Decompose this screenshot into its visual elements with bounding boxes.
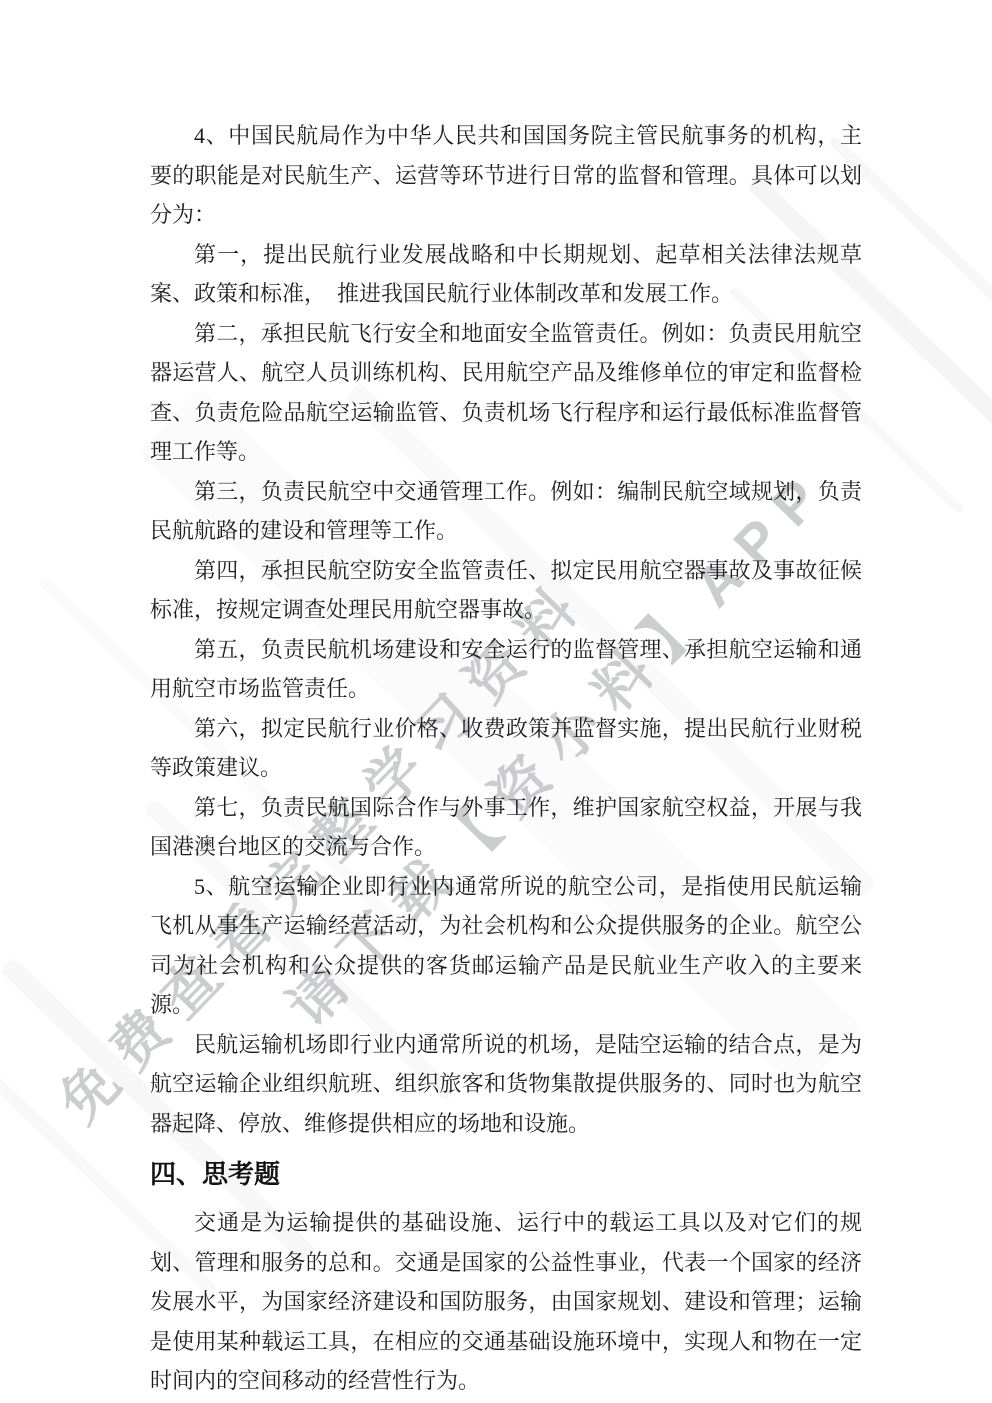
section-heading: 四、思考题 <box>150 1153 862 1195</box>
paragraph: 第四，承担民航空防安全监管责任、拟定民用航空器事故及事故征候标准，按规定调查处理… <box>150 551 862 630</box>
paragraph: 第三，负责民航空中交通管理工作。例如：编制民航空域规划，负责民航航路的建设和管理… <box>150 472 862 551</box>
document-page: 免费查看完整学习资料 请下载【资小料】APP 4、中国民航局作为中华人民共和国国… <box>0 0 992 1403</box>
paragraph: 第六，拟定民航行业价格、收费政策并监督实施，提出民航行业财税等政策建议。 <box>150 709 862 788</box>
paragraph: 4、中国民航局作为中华人民共和国国务院主管民航事务的机构，主要的职能是对民航生产… <box>150 116 862 235</box>
paragraph: 交通是为运输提供的基础设施、运行中的载运工具以及对它们的规划、管理和服务的总和。… <box>150 1203 862 1401</box>
paragraph: 第七，负责民航国际合作与外事工作，维护国家航空权益，开展与我国港澳台地区的交流与… <box>150 788 862 867</box>
paragraph: 第一，提出民航行业发展战略和中长期规划、起草相关法律法规草案、政策和标准， 推进… <box>150 235 862 314</box>
paragraph: 第五，负责民航机场建设和安全运行的监督管理、承担航空运输和通用航空市场监管责任。 <box>150 630 862 709</box>
paragraph: 5、航空运输企业即行业内通常所说的航空公司，是指使用民航运输飞机从事生产运输经营… <box>150 867 862 1025</box>
document-content: 4、中国民航局作为中华人民共和国国务院主管民航事务的机构，主要的职能是对民航生产… <box>150 116 862 1401</box>
paragraph: 民航运输机场即行业内通常所说的机场，是陆空运输的结合点，是为航空运输企业组织航班… <box>150 1025 862 1144</box>
paragraph: 第二，承担民航飞行安全和地面安全监管责任。例如：负责民用航空器运营人、航空人员训… <box>150 314 862 472</box>
